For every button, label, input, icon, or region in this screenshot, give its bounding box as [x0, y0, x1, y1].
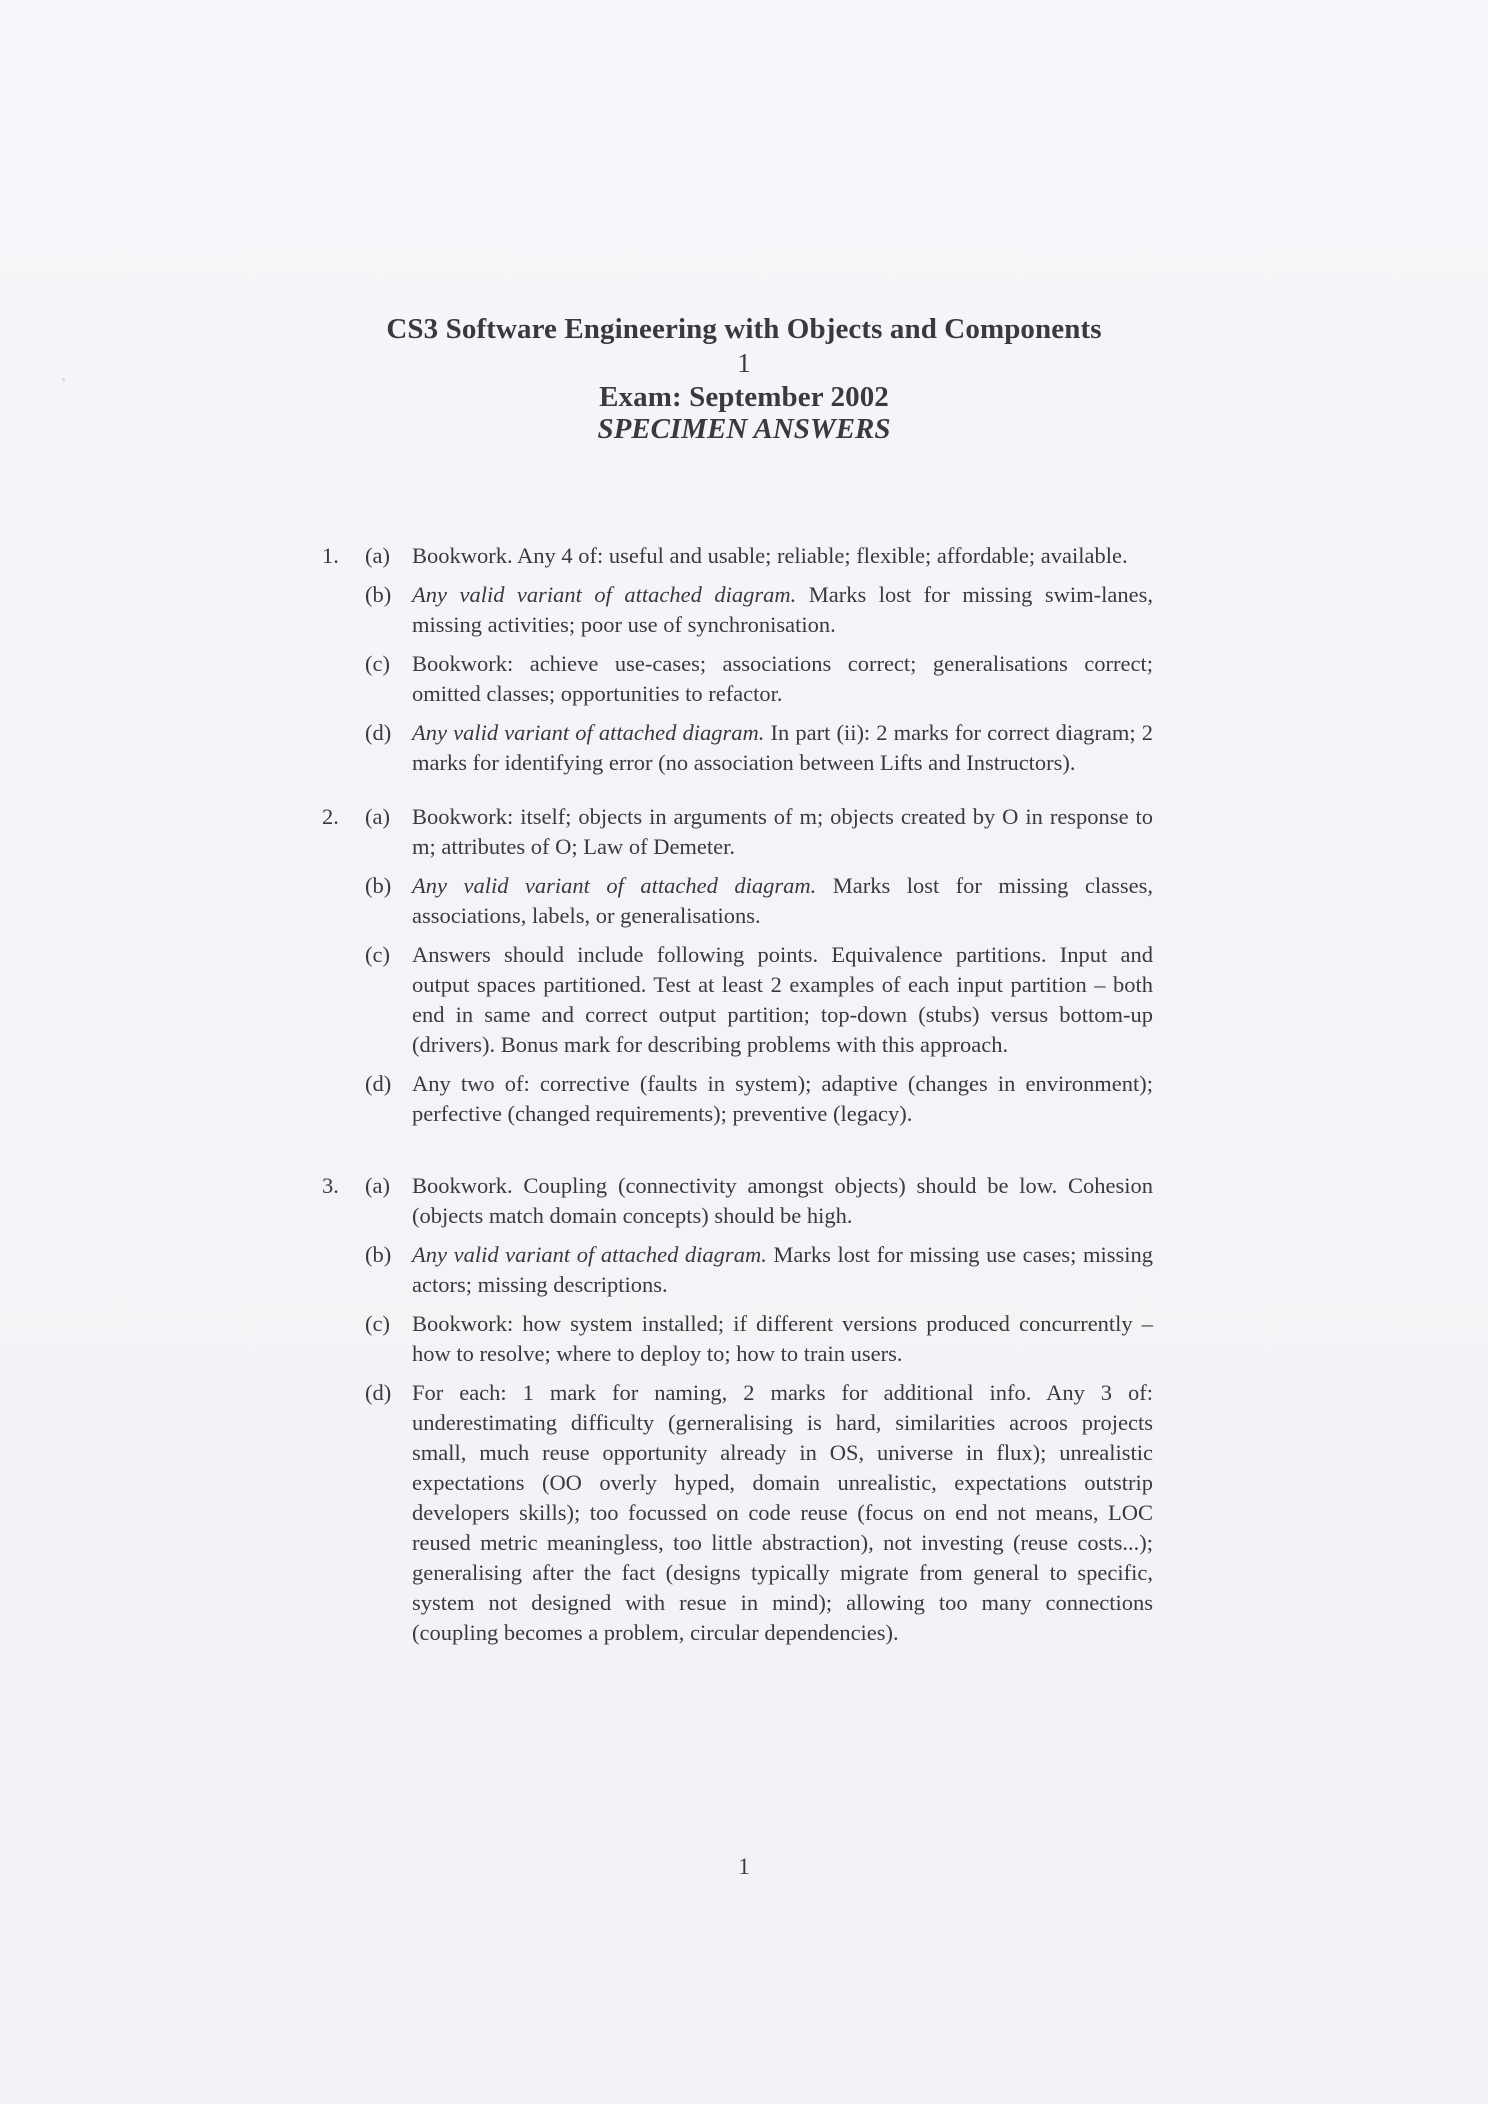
italic-note: Any valid variant of attached diagram. [412, 873, 816, 898]
answer-part: (c) Answers should include following poi… [318, 940, 1153, 1060]
answer-part: (a) Bookwork. Coupling (connectivity amo… [318, 1171, 1153, 1231]
answer-text: Answers should include following points.… [412, 942, 1153, 1057]
answer-text: Bookwork: how system installed; if diffe… [412, 1311, 1153, 1366]
answer-text: Bookwork. Any 4 of: useful and usable; r… [412, 543, 1128, 568]
answer-part: (b) Any valid variant of attached diagra… [318, 580, 1153, 640]
answer-part: (b) Any valid variant of attached diagra… [318, 1240, 1153, 1300]
italic-note: Any valid variant of attached diagram. [412, 1242, 767, 1267]
answers-body: 1. (a) Bookwork. Any 4 of: useful and us… [318, 541, 1153, 1672]
answer-text: For each: 1 mark for naming, 2 marks for… [412, 1380, 1153, 1645]
answer-part: (c) Bookwork: how system installed; if d… [318, 1309, 1153, 1369]
document-page: CS3 Software Engineering with Objects an… [0, 0, 1488, 2104]
answer-part: (a) Bookwork. Any 4 of: useful and usabl… [318, 541, 1153, 571]
part-label: (c) [365, 649, 390, 679]
part-label: (b) [365, 871, 391, 901]
part-label: (d) [365, 1378, 391, 1408]
part-label: (d) [365, 718, 391, 748]
answer-text: Bookwork: itself; objects in arguments o… [412, 804, 1153, 859]
header-number: 1 [0, 346, 1488, 380]
part-label: (b) [365, 1240, 391, 1270]
part-label: (a) [365, 802, 390, 832]
part-label: (c) [365, 940, 390, 970]
part-label: (a) [365, 1171, 390, 1201]
italic-note: Any valid variant of attached diagram. [412, 582, 796, 607]
answer-part: (d) Any two of: corrective (faults in sy… [318, 1069, 1153, 1129]
italic-note: Any valid variant of attached diagram. [412, 720, 764, 745]
question-2: 2. (a) Bookwork: itself; objects in argu… [318, 802, 1153, 1129]
answer-part: (d) For each: 1 mark for naming, 2 marks… [318, 1378, 1153, 1648]
answer-text: Bookwork: achieve use-cases; association… [412, 651, 1153, 706]
document-header: CS3 Software Engineering with Objects an… [0, 312, 1488, 444]
answer-text: Any two of: corrective (faults in system… [412, 1071, 1153, 1126]
exam-date: Exam: September 2002 [0, 380, 1488, 414]
answer-part: (a) Bookwork: itself; objects in argumen… [318, 802, 1153, 862]
question-3: 3. (a) Bookwork. Coupling (connectivity … [318, 1171, 1153, 1648]
part-label: (a) [365, 541, 390, 571]
page-number: 1 [0, 1852, 1488, 1882]
specimen-answers-title: SPECIMEN ANSWERS [0, 414, 1488, 444]
answer-part: (b) Any valid variant of attached diagra… [318, 871, 1153, 931]
answer-part: (c) Bookwork: achieve use-cases; associa… [318, 649, 1153, 709]
question-1: 1. (a) Bookwork. Any 4 of: useful and us… [318, 541, 1153, 778]
part-label: (d) [365, 1069, 391, 1099]
answer-text: Bookwork. Coupling (connectivity amongst… [412, 1173, 1153, 1228]
part-label: (b) [365, 580, 391, 610]
part-label: (c) [365, 1309, 390, 1339]
course-title: CS3 Software Engineering with Objects an… [0, 312, 1488, 346]
answer-part: (d) Any valid variant of attached diagra… [318, 718, 1153, 778]
